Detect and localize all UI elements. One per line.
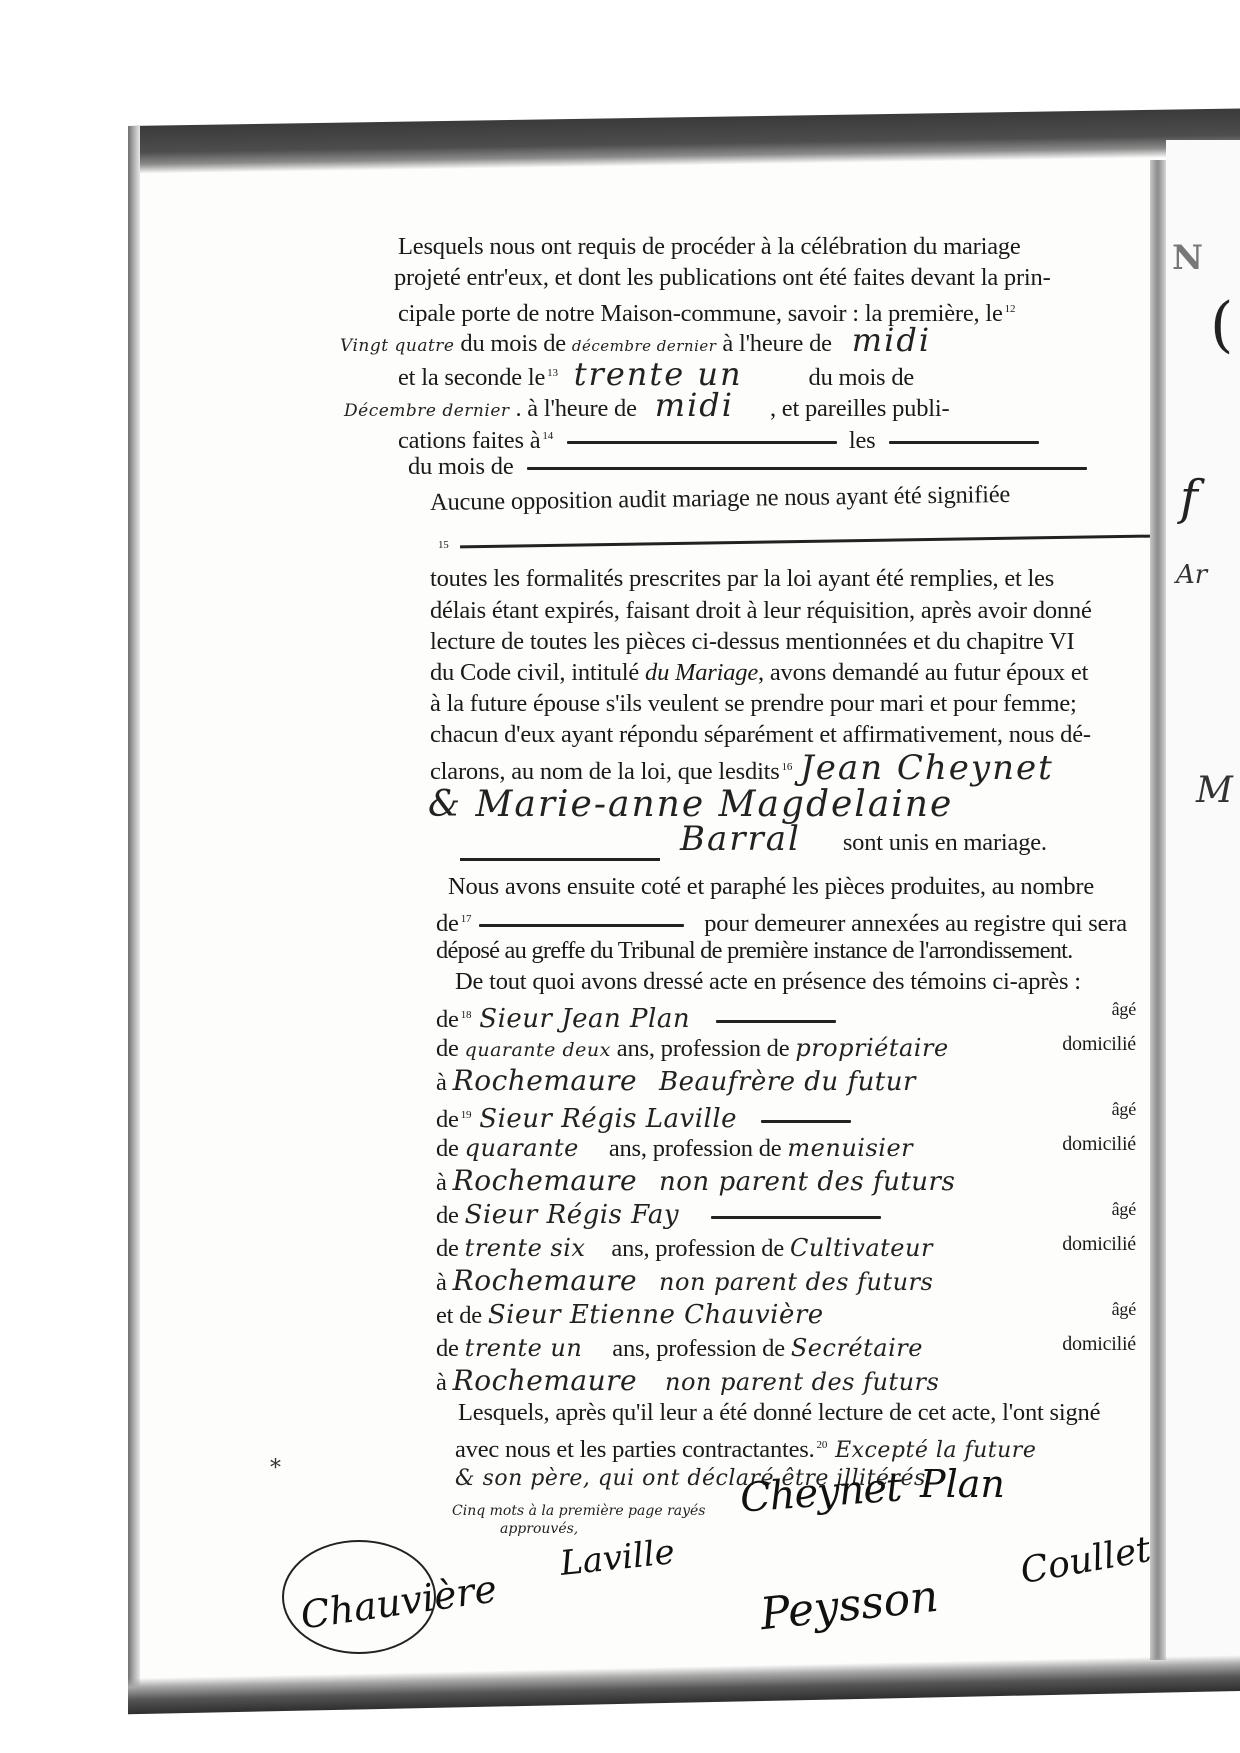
blank-rule (527, 467, 1087, 470)
handwritten-second-hour: midi (655, 386, 734, 424)
text: et la seconde le (398, 364, 545, 391)
witness-4-residence: Rochemaure (453, 1364, 637, 1397)
handwritten-first-month: décembre dernier (572, 337, 717, 355)
text: de (436, 1006, 459, 1033)
witness-3-residence: Rochemaure (453, 1264, 637, 1297)
footnote-marker: 14 (542, 430, 553, 442)
text: . à l'heure de (515, 395, 636, 422)
approval-note: Cinq mots à la première page rayés (452, 1500, 705, 1519)
footnote-marker: 18 (461, 1009, 472, 1021)
text: âgé (1112, 1294, 1136, 1324)
formalites-line-6: chacun d'eux ayant répondu séparément et… (430, 720, 1091, 750)
witness-2-name: Sieur Régis Laville (479, 1104, 737, 1134)
text: et de (436, 1302, 482, 1329)
footnote-marker: 15 (438, 539, 449, 551)
handwritten-exception: Excepté la future (835, 1438, 1036, 1463)
bride-surname-line: Barral sont unis en mariage. (680, 824, 1047, 858)
margin-fragment: ( (1210, 290, 1233, 360)
text: pour demeurer annexées au registre qui s… (704, 910, 1127, 937)
footnote-marker: 19 (461, 1109, 472, 1121)
witness-2-name-line: de19 Sieur Régis Laville âgé (436, 1100, 1136, 1135)
margin-fragment: Ar (1176, 560, 1207, 590)
pieces-line-3: déposé au greffe du Tribunal de première… (436, 936, 1072, 966)
text: de (436, 1135, 459, 1162)
scan-left-edge (128, 126, 140, 1690)
handwritten-first-hour: midi (852, 321, 931, 359)
witness-2-relation: non parent des futurs (659, 1167, 955, 1197)
formalites-line-4: du Code civil, intitulé du Mariage, avon… (430, 658, 1088, 688)
formalites-line-7: clarons, au nom de la loi, que lesdits16… (430, 752, 1054, 787)
footnote-marker: 17 (461, 913, 472, 925)
publications-line-2: projeté entr'eux, et dont les publicatio… (394, 263, 1051, 293)
witness-4-age-line: de trente un ans, profession de Secrétai… (436, 1333, 1136, 1364)
opposition-footnote: 15 (438, 530, 449, 560)
text: ans, profession de (611, 1235, 784, 1262)
pieces-line-4: De tout quoi avons dressé acte en présen… (455, 967, 1081, 997)
text: âgé (1112, 1094, 1136, 1124)
publications-line-7: cations faites à14 les (398, 421, 1039, 456)
text: domicilié (1062, 1129, 1136, 1159)
witness-3-name: Sieur Régis Fay (465, 1200, 679, 1230)
text: de (436, 1035, 459, 1062)
handwritten-approval: Cinq mots à la première page rayés (452, 1503, 705, 1519)
witness-2-profession: menuisier (787, 1134, 913, 1162)
blank-rule (716, 1020, 836, 1023)
publications-line-1: Lesquels nous ont requis de procéder à l… (398, 232, 1021, 262)
blank-rule (567, 441, 837, 444)
witness-1-age-line: de quarante deux ans, profession de prop… (436, 1033, 1136, 1065)
text: domicilié (1062, 1029, 1136, 1059)
text: sont unis en mariage. (843, 829, 1047, 856)
text: avec nous et les parties contractantes. (455, 1436, 815, 1463)
spouse-end-rule (460, 858, 660, 861)
text: domicilié (1062, 1329, 1136, 1359)
publications-line-8: du mois de (408, 452, 1087, 482)
blank-rule (711, 1216, 881, 1219)
text: à (436, 1369, 447, 1396)
witness-1-relation: Beaufrère du futur (659, 1067, 916, 1097)
margin-fragment: f (1180, 470, 1198, 526)
book-gutter (1150, 160, 1166, 1660)
handwritten-second-month: Décembre dernier (344, 401, 510, 421)
closing-line-2: avec nous et les parties contractantes.2… (455, 1430, 1036, 1466)
footnote-marker: 16 (782, 761, 793, 773)
text: Aucune opposition audit mariage ne nous … (430, 481, 1010, 516)
text: ans, profession de (612, 1335, 785, 1362)
text: De tout quoi avons dressé acte en présen… (455, 968, 1081, 995)
handwritten-bride-surname: Barral (680, 819, 801, 859)
text: Lesquels, après qu'il leur a été donné l… (458, 1399, 1100, 1426)
text: ans, profession de (617, 1035, 790, 1062)
footnote-marker: 12 (1005, 303, 1016, 315)
witness-3-age-line: de trente six ans, profession de Cultiva… (436, 1233, 1136, 1264)
chapter-title: du Mariage (645, 659, 758, 686)
text: à (436, 1269, 447, 1296)
handwritten-approval: approuvés, (500, 1521, 578, 1537)
witness-3-residence-line: à Rochemaure non parent des futurs (436, 1266, 933, 1298)
witness-1-residence-line: à Rochemaure Beaufrère du futur (436, 1066, 916, 1098)
witness-1-name: Sieur Jean Plan (479, 1004, 690, 1034)
handwritten-groom-name: Jean Cheynet (800, 748, 1054, 788)
handwritten-first-day: Vingt quatre (340, 336, 454, 356)
text: de (436, 910, 459, 937)
witness-3-name-line: de Sieur Régis Fay âgé (436, 1200, 1136, 1231)
text: déposé au greffe du Tribunal de première… (436, 937, 1072, 964)
footnote-marker: 13 (547, 367, 558, 379)
margin-star-mark: * (270, 1456, 281, 1481)
witness-4-residence-line: à Rochemaure non parent des futurs (436, 1366, 939, 1398)
footnote-marker: 20 (817, 1439, 828, 1451)
text: du Code civil, intitulé (430, 659, 639, 686)
witness-3-relation: non parent des futurs (659, 1268, 933, 1296)
text: délais étant expirés, faisant droit à le… (430, 597, 1092, 624)
text: Lesquels nous ont requis de procéder à l… (398, 233, 1021, 260)
witness-3-age: trente six (465, 1234, 586, 1262)
text: de (436, 1235, 459, 1262)
formalites-line-5: à la future épouse s'ils veulent se pren… (430, 689, 1077, 719)
text: lecture de toutes les pièces ci-dessus m… (430, 628, 1075, 655)
text: ans, profession de (609, 1135, 782, 1162)
text: âgé (1112, 1194, 1136, 1224)
witness-2-age-line: de quarante ans, profession de menuisier… (436, 1133, 1136, 1164)
witness-4-age: trente un (465, 1334, 583, 1362)
text: projeté entr'eux, et dont les publicatio… (394, 264, 1051, 291)
witness-4-name: Sieur Etienne Chauvière (488, 1300, 824, 1330)
blank-rule (761, 1120, 851, 1123)
text: âgé (1112, 994, 1136, 1024)
text: du mois de (809, 364, 915, 391)
text: du mois de (460, 330, 566, 357)
text: à (436, 1169, 447, 1196)
text: domicilié (1062, 1229, 1136, 1259)
text: à la future épouse s'ils veulent se pren… (430, 690, 1077, 717)
pieces-line-1: Nous avons ensuite coté et paraphé les p… (448, 872, 1094, 902)
witness-1-age: quarante deux (465, 1039, 611, 1061)
formalites-line-2: délais étant expirés, faisant droit à le… (430, 596, 1092, 626)
witness-4-profession: Secrétaire (791, 1334, 923, 1362)
text: , et pareilles publi- (770, 395, 950, 422)
signature-plan: Plan (920, 1462, 1005, 1506)
witness-3-profession: Cultivateur (790, 1234, 933, 1262)
approval-note-2: approuvés, (500, 1518, 578, 1537)
text: de (436, 1106, 459, 1133)
scanned-document-page: Lesquels nous ont requis de procéder à l… (0, 0, 1240, 1753)
formalites-line-1: toutes les formalités prescrites par la … (430, 564, 1054, 594)
witness-1-profession: propriétaire (795, 1034, 948, 1062)
witness-1-name-line: de18 Sieur Jean Plan âgé (436, 1000, 1136, 1035)
adjacent-page-strip (1166, 140, 1240, 1680)
blank-rule (889, 441, 1039, 444)
witness-2-residence: Rochemaure (453, 1164, 637, 1197)
text: cations faites à (398, 427, 540, 454)
text: , avons demandé au futur époux et (758, 659, 1088, 686)
text: du mois de (408, 453, 514, 480)
text: clarons, au nom de la loi, que lesdits (430, 758, 780, 785)
witness-4-relation: non parent des futurs (665, 1368, 939, 1396)
text: à (436, 1069, 447, 1096)
margin-fragment: N (1172, 238, 1203, 278)
text: de (436, 1202, 459, 1229)
witness-2-age: quarante (465, 1134, 579, 1162)
text: de (436, 1335, 459, 1362)
text: les (849, 427, 876, 454)
text: à l'heure de (722, 330, 831, 357)
witness-1-residence: Rochemaure (453, 1064, 637, 1097)
formalites-line-3: lecture de toutes les pièces ci-dessus m… (430, 627, 1075, 657)
text: Nous avons ensuite coté et paraphé les p… (448, 873, 1094, 900)
blank-rule (479, 924, 684, 927)
text: toutes les formalités prescrites par la … (430, 565, 1054, 592)
witness-4-name-line: et de Sieur Etienne Chauvière âgé (436, 1300, 1136, 1331)
witness-2-residence-line: à Rochemaure non parent des futurs (436, 1166, 955, 1198)
closing-line-1: Lesquels, après qu'il leur a été donné l… (458, 1398, 1100, 1428)
margin-fragment: M (1196, 770, 1233, 811)
pieces-line-2: de17 pour demeurer annexées au registre … (436, 904, 1127, 939)
text: chacun d'eux ayant répondu séparément et… (430, 721, 1091, 748)
